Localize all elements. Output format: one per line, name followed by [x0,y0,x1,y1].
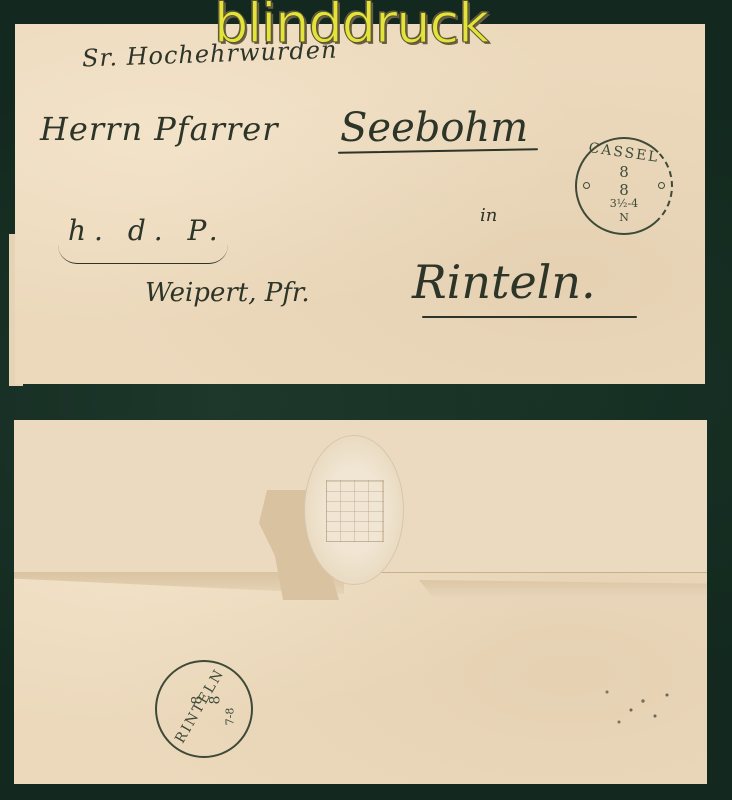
brace-flourish [58,245,228,264]
postmark-cassel: CASSEL 8 8 3½-4 N [575,137,673,235]
flap-edge-right [419,580,707,598]
sender-name: Weipert, Pfr. [145,278,310,308]
seal-crest-icon [326,480,384,542]
city-underline [422,316,637,318]
title-line: Herrn Pfarrer [40,110,279,148]
postmark-time: 7-8 [223,708,236,726]
postmark-suffix: N [577,211,671,224]
foxing-spots [599,680,679,740]
destination-city: Rinteln. [412,255,596,309]
envelope-front: Sr. Hochehrwürden Herrn Pfarrer Seebohm … [15,24,705,384]
recipient-surname: Seebohm [340,105,528,151]
blind-embossed-seal [304,435,404,585]
postmark-month: 8 [207,696,223,705]
watermark-text: blinddruck [214,0,488,55]
envelope-back: RINTELN 8 8 7-8 [14,420,707,784]
postmark-day: 8 [189,696,205,705]
postmark-rinteln: RINTELN 8 8 7-8 [155,660,253,758]
postmark-dot-left-icon [583,182,590,189]
postmark-town: RINTELN [170,661,231,750]
postmark-time: 3½-4 [577,197,671,210]
preposition: in [480,205,497,226]
postmark-dot-right-icon [658,182,665,189]
sender-abbreviation: h. d. P. [68,214,226,247]
postmark-day: 8 [577,163,671,181]
